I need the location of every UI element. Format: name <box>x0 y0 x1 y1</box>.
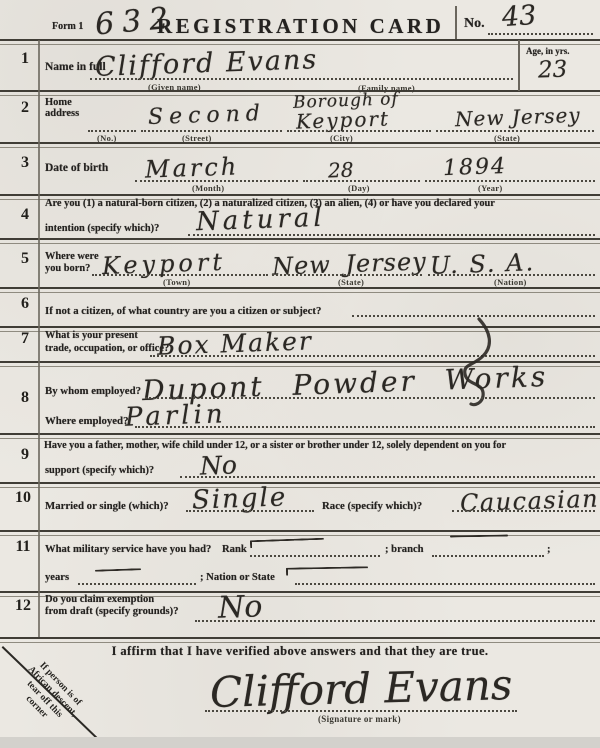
name-dotted-line <box>90 78 513 80</box>
by-whom-employed-label: By whom employed? <box>45 385 141 397</box>
no-value-handwritten: 43 <box>501 0 537 33</box>
header-divider-line <box>455 6 457 40</box>
affirmation-statement: I affirm that I have verified above answ… <box>0 644 600 659</box>
given-name-sublabel: (Given name) <box>148 82 201 92</box>
town-dotted <box>92 274 268 276</box>
nation-or-state-label: ; Nation or State <box>200 572 275 583</box>
year-value-handwritten: 1894 <box>443 154 508 181</box>
signature-handwritten: Clifford Evans <box>209 660 513 717</box>
street-value-handwritten: Second <box>148 101 267 130</box>
rank-dotted <box>250 555 380 557</box>
age-label: Age, in yrs. <box>526 46 570 56</box>
branch-dotted <box>432 555 544 557</box>
street-sublabel: (Street) <box>182 133 212 143</box>
year-dotted <box>425 180 595 182</box>
citizenship-question-line2: intention (specify which)? <box>45 223 159 234</box>
month-value-handwritten: March <box>145 152 240 183</box>
age-value-handwritten: 23 <box>538 56 568 83</box>
date-of-birth-label: Date of birth <box>45 162 108 174</box>
age-box-line <box>518 40 520 91</box>
branch-label: ; branch <box>385 544 424 555</box>
nation-sublabel: (Nation) <box>494 277 527 287</box>
trade-label-line1: What is your present <box>45 330 138 341</box>
married-or-single-label: Married or single (which)? <box>45 500 169 512</box>
trade-label-line2: trade, occupation, or office? <box>45 343 169 354</box>
no-dotted <box>88 130 136 132</box>
employment-place-dotted <box>135 426 595 428</box>
trade-dotted <box>150 355 595 357</box>
state-sublabel: (State) <box>494 133 520 143</box>
citizenship-dotted <box>188 234 595 236</box>
state-sublabel-2: (State) <box>338 277 364 287</box>
nation-dotted <box>428 274 595 276</box>
address-label: address <box>45 108 79 119</box>
row-2-number: 2 <box>10 99 40 117</box>
military-service-question: What military service have you had? <box>45 544 211 555</box>
years-dotted <box>78 583 196 585</box>
where-employed-label: Where employed? <box>45 415 128 427</box>
rule <box>0 637 600 643</box>
marital-dotted <box>186 510 314 512</box>
row-10-number: 10 <box>8 489 38 507</box>
dependents-question-line2: support (specify which)? <box>45 465 154 476</box>
pen-dash-branch <box>450 534 508 537</box>
signature-dotted <box>205 710 517 712</box>
signature-sublabel: (Signature or mark) <box>318 714 401 724</box>
row-9-number: 9 <box>10 446 40 464</box>
pen-dash-nation <box>286 566 368 575</box>
rule <box>0 238 600 244</box>
day-value-handwritten: 28 <box>328 158 354 183</box>
month-sublabel: (Month) <box>192 183 224 193</box>
row-7-number: 7 <box>10 330 40 348</box>
row-5-number: 5 <box>10 250 40 268</box>
town-sublabel: (Town) <box>163 277 190 287</box>
race-label: Race (specify which)? <box>322 500 422 512</box>
exemption-dotted <box>195 620 595 622</box>
no-label: No. <box>464 16 485 32</box>
branch-semicolon: ; <box>547 544 551 555</box>
dependents-dotted <box>180 476 595 478</box>
rule <box>0 287 600 293</box>
nation-or-state-dotted <box>295 583 595 585</box>
race-value-handwritten: Caucasian <box>460 485 600 518</box>
row-8-number: 8 <box>10 389 40 407</box>
exemption-question-line1: Do you claim exemption <box>45 594 154 605</box>
row-11-number: 11 <box>8 538 38 556</box>
scan-edge-shadow <box>0 737 600 748</box>
row-12-number: 12 <box>8 597 38 615</box>
no-dotted-line <box>488 33 593 35</box>
rule <box>0 433 600 439</box>
dependents-question-line1: Have you a father, mother, wife child un… <box>44 440 506 451</box>
day-dotted <box>303 180 420 182</box>
day-sublabel: (Day) <box>348 183 370 193</box>
exemption-question-line2: from draft (specify grounds)? <box>45 606 179 617</box>
street-dotted <box>141 130 282 132</box>
years-label: years <box>45 572 69 583</box>
registration-card: Form 1 632 REGISTRATION CARD No. 43 1 Na… <box>0 0 600 748</box>
state-value-handwritten: New Jersey <box>455 103 581 131</box>
pen-dash-rank <box>250 538 324 549</box>
rank-label: Rank <box>222 544 247 555</box>
card-title: REGISTRATION CARD <box>157 14 444 39</box>
where-born-label-line2: you born? <box>45 263 90 274</box>
citizenship-value-handwritten: Natural <box>196 203 327 238</box>
no-sublabel: (No.) <box>97 133 117 143</box>
race-dotted <box>452 510 595 512</box>
pen-dash-years <box>95 568 141 572</box>
row-1-number: 1 <box>10 50 40 68</box>
home-label: Home <box>45 97 72 108</box>
row-3-number: 3 <box>10 154 40 172</box>
state-dotted-2 <box>272 274 422 276</box>
form-number-label: Form 1 <box>52 21 83 32</box>
row-6-number: 6 <box>10 295 40 313</box>
not-citizen-question: If not a citizen, of what country are yo… <box>45 305 321 317</box>
city-sublabel: (City) <box>330 133 353 143</box>
where-born-label-line1: Where were <box>45 251 99 262</box>
row-4-number: 4 <box>10 206 40 224</box>
city-dotted <box>287 130 431 132</box>
month-dotted <box>135 180 298 182</box>
year-sublabel: (Year) <box>478 183 502 193</box>
state-dotted <box>436 130 594 132</box>
rule <box>0 530 600 536</box>
